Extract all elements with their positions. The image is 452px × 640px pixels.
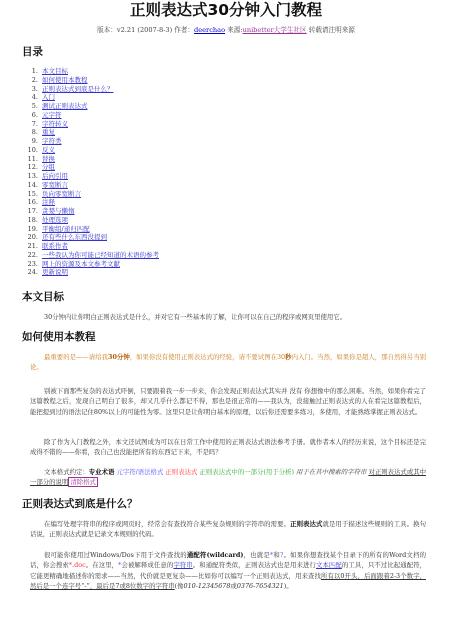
howto-paragraph-3: 除了作为入门教程之外，本文还试图成为可以在日常工作中使用的正则表达式语法参考手册…: [30, 437, 426, 458]
toc-item: 15.负向零宽断言: [20, 190, 159, 199]
toc-item: 13.后向引用: [20, 172, 159, 181]
document-page: 正则表达式30分钟入门教程 版本：v2.21 (2007-8-3) 作者：dee…: [0, 0, 452, 640]
format-term: 专业术语: [89, 468, 115, 476]
section-heading-what: 正则表达式到底是什么？: [22, 497, 138, 511]
toc-link[interactable]: 处理选项: [42, 216, 68, 224]
toc-link[interactable]: 字符转义: [42, 120, 68, 128]
toc-item: 17.贪婪与懒惰: [20, 207, 159, 216]
goal-paragraph: 30分钟内让你明白正则表达式是什么，并对它有一些基本的了解，让你可以在自己的程序…: [30, 312, 426, 322]
link-text-matching[interactable]: 文本匹配: [316, 561, 342, 569]
toc-item: 4.入门: [20, 93, 159, 102]
toc-link[interactable]: 分组: [42, 163, 55, 171]
toc-item: 21.联系作者: [20, 242, 159, 251]
toc-link[interactable]: 一些我认为你可能已经知道的术语的参考: [42, 251, 159, 259]
toc-item: 9.字符类: [20, 137, 159, 146]
toc-item: 11.替换: [20, 155, 159, 164]
toc-link[interactable]: 字符类: [42, 137, 62, 145]
toc-heading: 目录: [22, 45, 43, 59]
toc-item: 20.还有些什么东西没提到: [20, 233, 159, 242]
format-prefix: 文本格式约定：: [44, 468, 89, 476]
author-link[interactable]: deerchao: [194, 26, 225, 34]
toc-item: 23.网上的资源及本文参考文献: [20, 260, 159, 269]
table-of-contents: 1.本文目标 2.如何使用本教程 3.正则表达式到底是什么？ 4.入门 5.测试…: [20, 67, 159, 277]
toc-link[interactable]: 更新说明: [42, 268, 68, 276]
format-regex: 正则表达式: [165, 468, 197, 476]
toc-link[interactable]: 测试正则表达式: [42, 102, 88, 110]
format-search-string: 用于在其中搜索的字符串: [296, 468, 366, 476]
toc-item: 8.重复: [20, 128, 159, 137]
howto-paragraph-2: 别被下面那些复杂的表达式吓倒，只要跟着我一步一步来，你会发现正则表达式其实并 没…: [30, 386, 426, 417]
text-format-conventions: 文本格式约定：专业术语 元字符/语法格式 正则表达式 正则表达式中的一部分(用于…: [30, 467, 426, 488]
section-heading-howto: 如何使用本教程: [22, 330, 96, 344]
toc-item: 22.一些我认为你可能已经知道的术语的参考: [20, 251, 159, 260]
toc-link[interactable]: 负向零宽断言: [42, 190, 81, 198]
toc-link[interactable]: 平衡组/递归匹配: [42, 225, 90, 233]
toc-item: 18.处理选项: [20, 216, 159, 225]
toc-link[interactable]: 正则表达式到底是什么？: [42, 85, 114, 93]
format-regex-part: 正则表达式中的一部分(用于分析): [199, 468, 294, 476]
toc-item: 19.平衡组/递归匹配: [20, 225, 159, 234]
toc-link[interactable]: 联系作者: [42, 242, 68, 250]
reprint-notice: 转载请注明来源: [307, 26, 355, 34]
toc-item: 7.字符转义: [20, 120, 159, 129]
toc-link[interactable]: 零宽断言: [42, 181, 68, 189]
what-paragraph-2: 很可能你使用过Windows/Dos下用于文件查找的通配符(wildcard)，…: [30, 550, 426, 592]
toc-link[interactable]: 如何使用本教程: [42, 76, 88, 84]
page-title: 正则表达式30分钟入门教程: [0, 0, 452, 20]
toc-link[interactable]: 入门: [42, 93, 55, 101]
toc-item: 1.本文目标: [20, 67, 159, 76]
link-string[interactable]: 字符串: [173, 561, 192, 569]
what-paragraph-1: 在编写处理字符串的程序或网页时，经常会有查找符合某些复杂规则的字符串的需要。正则…: [30, 519, 426, 540]
section-heading-goal: 本文目标: [22, 290, 64, 304]
version-info: 版本：v2.21 (2007-8-3) 作者：: [97, 26, 194, 34]
toc-item: 2.如何使用本教程: [20, 76, 159, 85]
toc-item: 5.测试正则表达式: [20, 102, 159, 111]
toc-link[interactable]: 后向引用: [42, 172, 68, 180]
toc-link[interactable]: 还有些什么东西没提到: [42, 233, 107, 241]
clear-format-button[interactable]: 清除格式: [68, 477, 98, 487]
toc-item: 24.更新说明: [20, 268, 159, 277]
document-meta: 版本：v2.21 (2007-8-3) 作者：deerchao 来源:unibe…: [0, 25, 452, 35]
toc-link[interactable]: 注释: [42, 198, 55, 206]
toc-link[interactable]: 替换: [42, 155, 55, 163]
toc-link[interactable]: 网上的资源及本文参考文献: [42, 260, 120, 268]
toc-item: 3.正则表达式到底是什么？: [20, 85, 159, 94]
howto-paragraph-1: 最重要的是——请给我30分钟，如果你没有使用正则表达式的经验，请不要试图在30秒…: [30, 352, 426, 373]
toc-item: 6.元字符: [20, 111, 159, 120]
toc-link[interactable]: 元字符: [42, 111, 62, 119]
toc-link[interactable]: 重复: [42, 128, 55, 136]
source-link[interactable]: unibetter大学生社区: [243, 26, 307, 34]
toc-item: 14.零宽断言: [20, 181, 159, 190]
toc-item: 16.注释: [20, 198, 159, 207]
toc-link[interactable]: 反义: [42, 146, 55, 154]
toc-item: 12.分组: [20, 163, 159, 172]
toc-item: 10.反义: [20, 146, 159, 155]
toc-link[interactable]: 本文目标: [42, 67, 68, 75]
toc-link[interactable]: 贪婪与懒惰: [42, 207, 75, 215]
format-meta-syntax: 元字符/语法格式: [116, 468, 163, 476]
source-label: 来源:: [225, 26, 243, 34]
